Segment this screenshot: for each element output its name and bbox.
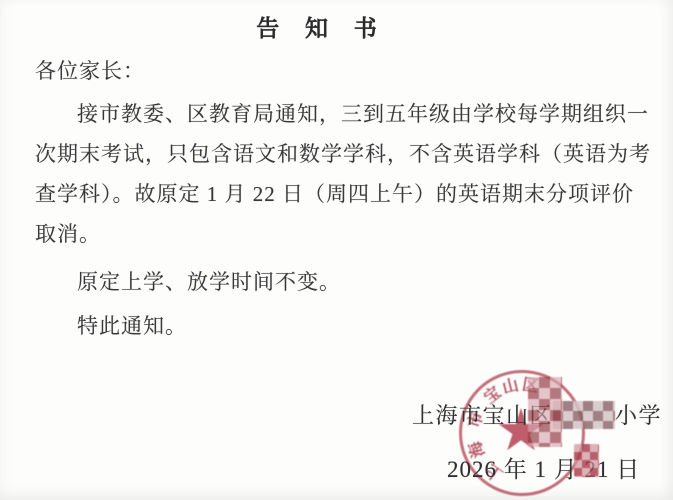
- page-title: 告 知 书: [0, 0, 673, 43]
- censor-mosaic-date: [574, 444, 599, 477]
- paragraph-exam-notice: 接市教委、区教育局通知，三到五年级由学校每学期组织一次期末考试，只包含语文和数学…: [35, 94, 653, 254]
- notice-date: 2026 年 1 月 21 日: [447, 451, 640, 484]
- salutation: 各位家长：: [35, 56, 653, 86]
- censor-mosaic-school: [553, 401, 615, 429]
- notice-document: 告 知 书 各位家长： 接市教委、区教育局通知，三到五年级由学校每学期组织一次期…: [0, 0, 673, 500]
- censor-mosaic-seal: [528, 377, 562, 447]
- paragraph-schedule: 原定上学、放学时间不变。: [35, 262, 653, 302]
- paragraph-closing: 特此通知。: [35, 306, 653, 346]
- notice-body: 各位家长： 接市教委、区教育局通知，三到五年级由学校每学期组织一次期末考试，只包…: [35, 56, 653, 346]
- school-name-suffix: 小学: [615, 403, 662, 428]
